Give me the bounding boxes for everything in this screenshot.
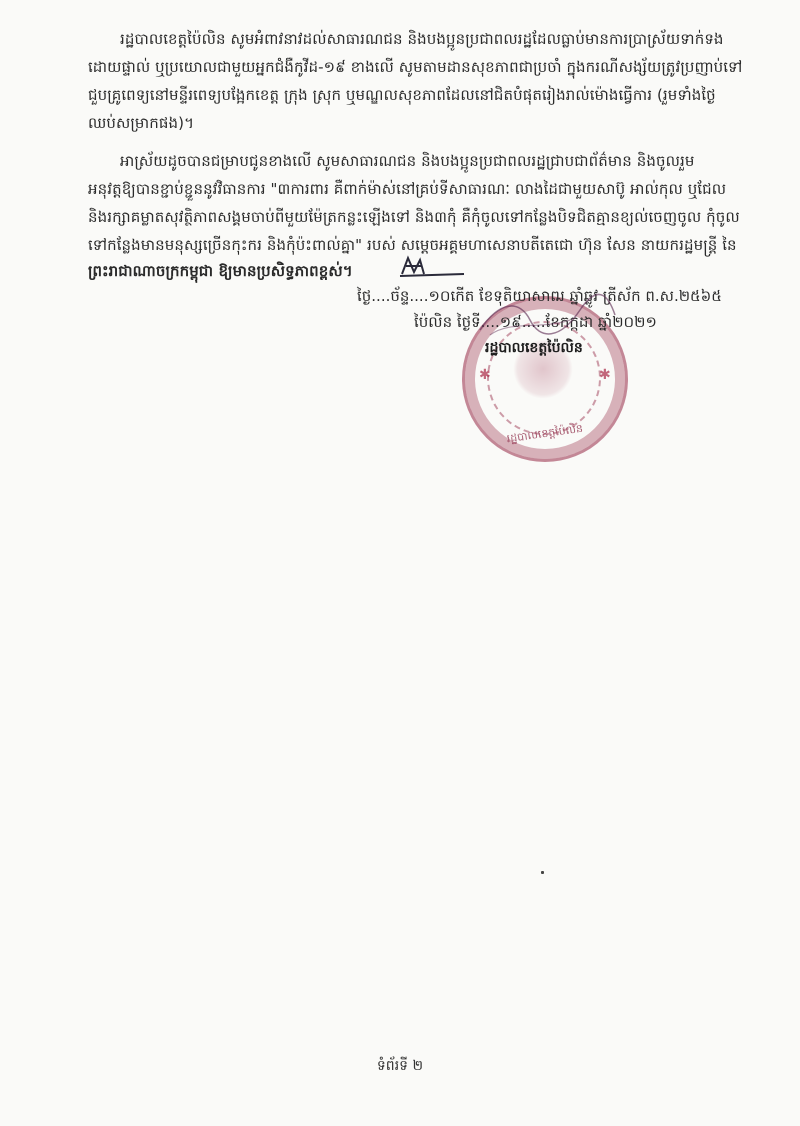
paragraph-1-line-4: ឈប់សម្រាកផង)។ xyxy=(88,110,758,136)
paragraph-1-line-2: ដោយផ្ទាល់ ឬប្រយោលជាមួយអ្នកជំងឺកូវីដ-១៩ ខ… xyxy=(88,54,758,80)
signature-icon xyxy=(470,290,620,350)
paragraph-2-line-3: និងរក្សាគម្លាតសុវត្ថិភាពសង្គមចាប់ពីមួយម៉… xyxy=(88,204,758,230)
stamp-star-icon: ✱ xyxy=(479,367,491,383)
stamp-star-icon: ✱ xyxy=(599,367,611,383)
initials-scribble-icon xyxy=(398,254,468,280)
paragraph-2-line-2: អនុវត្តឱ្យបានខ្ជាប់ខ្ជួននូវវិធានការ "៣កា… xyxy=(88,176,758,202)
page-number: ទំព័រទី ២ xyxy=(0,1056,800,1077)
paragraph-1-line-3: ជួបគ្រូពេទ្យនៅមន្ទីរពេទ្យបង្អែកខេត្ត ក្រ… xyxy=(88,82,758,108)
paragraph-2-line-1: អាស្រ័យដូចបានជម្រាបជូនខាងលើ សូមសាធារណជន … xyxy=(120,148,758,174)
paragraph-1-line-1: រដ្ឋបាលខេត្តប៉ៃលិន សូមអំពាវនាវដល់សាធារណជ… xyxy=(120,26,758,52)
scan-speck xyxy=(541,871,544,874)
document-page: រដ្ឋបាលខេត្តប៉ៃលិន សូមអំពាវនាវដល់សាធារណជ… xyxy=(0,0,800,1126)
